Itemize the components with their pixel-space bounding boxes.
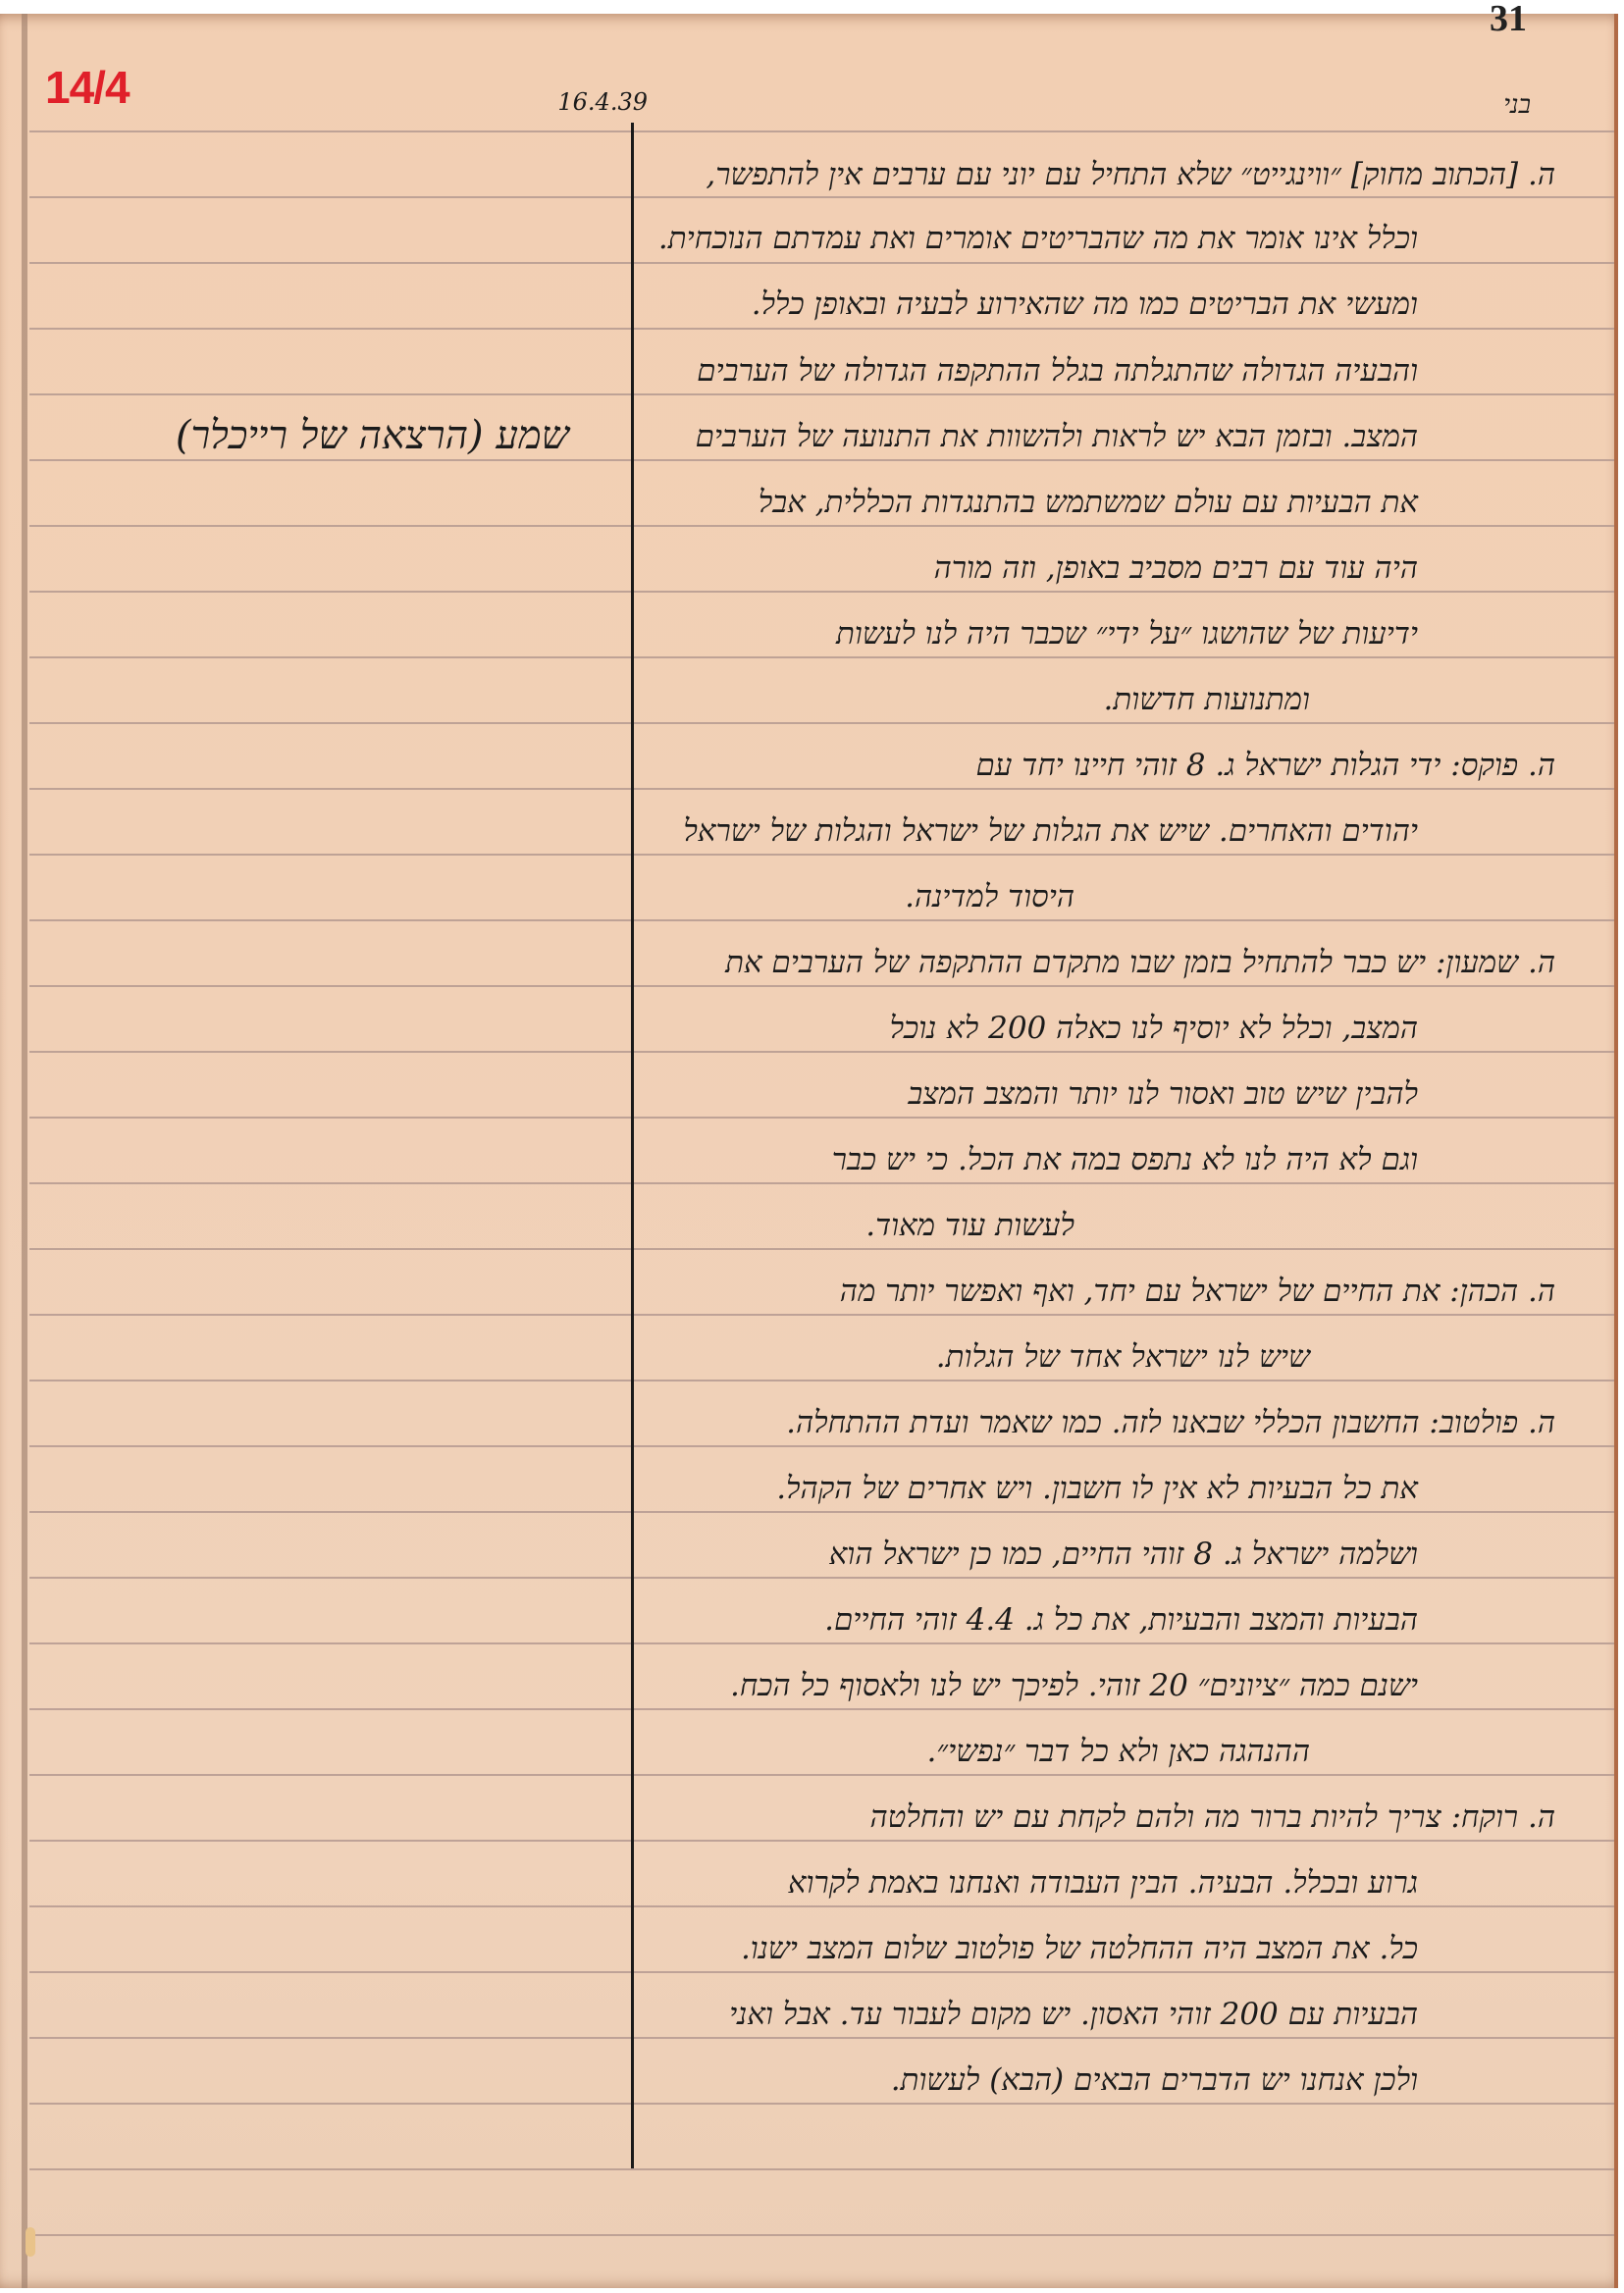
margin-note: שמע (הרצאה של רייכלר): [59, 412, 569, 458]
ruled-line: [29, 919, 1614, 921]
ruled-line: [29, 2103, 1614, 2105]
ruled-line: [29, 1774, 1614, 1776]
handwritten-line: ישנם כמה ״ציונים״ 20 זוהי. לפיכך יש לנו …: [730, 1668, 1418, 1703]
ruled-line: [29, 1577, 1614, 1579]
handwritten-line: ה. שמעון: יש כבר להתחיל בזמן שבו מתקדם ה…: [725, 945, 1555, 980]
ruled-line: [29, 985, 1614, 987]
handwritten-line: וכלל אינו אומר את מה שהבריטים אומרים ואת…: [658, 221, 1418, 256]
ruled-line: [29, 393, 1614, 395]
ruled-line: [29, 262, 1614, 264]
handwritten-line: היה עוד עם רבים מסביב באופן, וזה מורה: [934, 550, 1418, 586]
handwritten-line: ה. הכהן: את החיים של ישראל עם יחד, ואף ו…: [840, 1274, 1555, 1309]
ruled-line: [29, 1051, 1614, 1053]
ruled-line: [29, 1248, 1614, 1250]
handwritten-line: ה. רוקח: צריך להיות ברור מה ולהם לקחת עם…: [870, 1799, 1556, 1835]
handwritten-line: המצב, וכלל לא יוסיף לנו כאלה 200 לא נוכל: [890, 1011, 1418, 1046]
handwritten-line: המצב. ובזמן הבא יש לראות ולהשוות את התנו…: [696, 419, 1418, 454]
handwritten-line: וגם לא היה לנו לא נתפס במה את הכל. כי יש…: [832, 1142, 1418, 1177]
ruled-line: [29, 525, 1614, 527]
handwritten-line: הבעיות והמצב והבעיות, את כל ג. 4.4 זוהי …: [824, 1602, 1418, 1638]
margin-line: [631, 123, 634, 2168]
handwritten-line: ומעשי את הבריטים כמו מה שהאירוע לבעיה וב…: [752, 287, 1418, 322]
ruled-line: [29, 1314, 1614, 1316]
handwritten-line: ה. [הכתוב מחוק] ״ווינגייט״ שלא התחיל עם …: [706, 157, 1555, 192]
ruled-line: [29, 1511, 1614, 1513]
ruled-line: [29, 1708, 1614, 1710]
ruled-line: [29, 328, 1614, 330]
ruled-line: [29, 591, 1614, 593]
handwritten-line: הבעיות עם 200 זוהי האסון. יש מקום לעבור …: [729, 1997, 1418, 2032]
ruled-line: [29, 2168, 1614, 2170]
handwritten-line: ה. פולטוב: החשבון הכללי שבאנו לזה. כמו ש…: [786, 1405, 1555, 1440]
ruled-line: [29, 130, 1614, 132]
ruled-line: [29, 1182, 1614, 1184]
handwritten-line: ושלמה ישראל ג. 8 זוהי החיים, כמו כן ישרא…: [829, 1537, 1418, 1572]
handwritten-line: לעשות עוד מאוד.: [865, 1208, 1074, 1243]
ruled-line: [29, 1840, 1614, 1842]
handwritten-line: והבעיה הגדולה שהתגלתה בגלל ההתקפה הגדולה…: [697, 353, 1418, 389]
ruled-line: [29, 722, 1614, 724]
page-stamp: 14/4: [45, 61, 130, 114]
date-header: 16.4.39: [530, 88, 648, 116]
ruled-line: [29, 1117, 1614, 1119]
ruled-line: [29, 854, 1614, 856]
ruled-line: [29, 2037, 1614, 2039]
ruled-line: [29, 1971, 1614, 1973]
handwritten-line: היסוד למדינה.: [905, 879, 1074, 914]
binding-mark: [26, 2227, 35, 2257]
ruled-line: [29, 459, 1614, 461]
ruled-line: [29, 656, 1614, 658]
handwritten-line: להבין שיש טוב ואסור לנו יותר והמצב המצב: [908, 1076, 1418, 1112]
handwritten-line: ההנהגה כאן ולא כל דבר ״נפשי״.: [926, 1734, 1310, 1769]
handwritten-line: את הבעיות עם עולם שמשתמש בהתנגדות הכללית…: [759, 485, 1418, 520]
handwritten-line: ידיעות של שהושגו ״על ידי״ שכבר היה לנו ל…: [836, 616, 1418, 651]
handwritten-line: שיש לנו ישראל אחד של הגלות.: [936, 1339, 1310, 1375]
handwritten-line: ה. פוקס: ידי הגלות ישראל ג. 8 זוהי חיינו…: [976, 748, 1555, 783]
ruled-line: [29, 1445, 1614, 1447]
page-number: 31: [1490, 0, 1527, 37]
handwritten-line: ומתנועות חדשות.: [1104, 682, 1310, 717]
handwritten-line: יהודים והאחרים. שיש את הגלות של ישראל וה…: [683, 813, 1418, 849]
spine-shadow: [22, 14, 27, 2288]
ruled-line: [29, 1380, 1614, 1381]
handwritten-line: את כל הבעיות לא אין לו חשבון. ויש אחרים …: [776, 1471, 1418, 1506]
header-note: בני: [1472, 90, 1531, 120]
handwritten-line: כל. את המצב היה ההחלטה של פולטוב שלום המ…: [741, 1931, 1418, 1966]
handwritten-line: גרוע ובכלל. הבעיה. הבין העבודה ואנחנו בא…: [788, 1865, 1418, 1901]
ruled-line: [29, 1642, 1614, 1644]
ruled-line: [29, 788, 1614, 790]
handwritten-line: ולכן אנחנו יש הדברים הבאים (הבא) לעשות.: [891, 2062, 1418, 2098]
ruled-line: [29, 1905, 1614, 1907]
ruled-line: [29, 2234, 1614, 2236]
ruled-line: [29, 196, 1614, 198]
